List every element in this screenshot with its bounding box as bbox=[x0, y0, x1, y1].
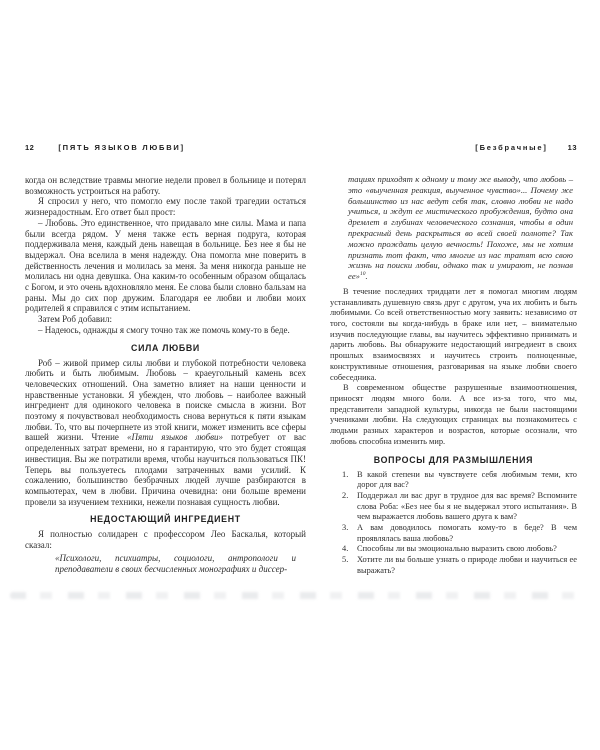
page-number-left: 12 bbox=[25, 143, 34, 152]
paragraph: Я полностью солидарен с профессором Лео … bbox=[25, 529, 306, 550]
paragraph: В течение последних тридцати лет я помог… bbox=[330, 287, 577, 383]
scan-bleed-artifact bbox=[10, 592, 586, 599]
book-spread: 12 [ПЯТЬ ЯЗЫКОВ ЛЮБВИ] когда он вследств… bbox=[0, 0, 600, 750]
question-item: 2.Поддержал ли вас друг в трудное для ва… bbox=[342, 491, 577, 523]
running-head-right: [Безбрачные] 13 bbox=[330, 143, 577, 152]
running-head-left: 12 [ПЯТЬ ЯЗЫКОВ ЛЮБВИ] bbox=[25, 143, 306, 152]
section-heading: ВОПРОСЫ ДЛЯ РАЗМЫШЛЕНИЯ bbox=[330, 455, 577, 465]
page-right: [Безбрачные] 13 тациях приходят к одному… bbox=[330, 143, 577, 577]
question-number: 3. bbox=[342, 523, 357, 534]
question-text: А вам доводилось помогать кому-то в беде… bbox=[357, 523, 577, 544]
question-list: 1.В какой степени вы чувствуете себя люб… bbox=[330, 470, 577, 577]
paragraph: – Надеюсь, однажды я смогу точно так же … bbox=[25, 325, 306, 336]
block-quote: «Психологи, психиатры, социологи, антроп… bbox=[55, 553, 296, 574]
paragraph: когда он вследствие травмы многие недели… bbox=[25, 175, 306, 196]
running-title-right: [Безбрачные] bbox=[475, 143, 547, 152]
question-item: 1.В какой степени вы чувствуете себя люб… bbox=[342, 470, 577, 491]
question-number: 5. bbox=[342, 555, 357, 566]
paragraph: Я спросил у него, что помогло ему после … bbox=[25, 196, 306, 217]
question-text: Хотите ли вы больше узнать о природе люб… bbox=[357, 555, 577, 576]
paragraph: Затем Роб добавил: bbox=[25, 314, 306, 325]
question-number: 2. bbox=[342, 491, 357, 502]
block-quote: тациях приходят к одному и тому же вывод… bbox=[348, 174, 573, 282]
page-left-body: когда он вследствие травмы многие недели… bbox=[25, 175, 306, 574]
question-text: Поддержал ли вас друг в трудное для вас … bbox=[357, 491, 577, 523]
paragraph: – Любовь. Это единственное, что придавал… bbox=[25, 218, 306, 314]
page-left: 12 [ПЯТЬ ЯЗЫКОВ ЛЮБВИ] когда он вследств… bbox=[25, 143, 306, 574]
paragraph: В современном обществе разрушенные взаим… bbox=[330, 383, 577, 447]
page-number-right: 13 bbox=[568, 143, 577, 152]
question-text: Способны ли вы эмоционально выразить сво… bbox=[357, 544, 577, 555]
paragraph: Роб – живой пример силы любви и глубокой… bbox=[25, 358, 306, 508]
question-item: 4.Способны ли вы эмоционально выразить с… bbox=[342, 544, 577, 555]
question-number: 4. bbox=[342, 544, 357, 555]
page-right-body: тациях приходят к одному и тому же вывод… bbox=[330, 174, 577, 577]
question-number: 1. bbox=[342, 470, 357, 481]
running-title-left: [ПЯТЬ ЯЗЫКОВ ЛЮБВИ] bbox=[58, 143, 185, 152]
question-text: В какой степени вы чувствуете себя любим… bbox=[357, 470, 577, 491]
question-item: 3.А вам доводилось помогать кому-то в бе… bbox=[342, 523, 577, 544]
question-item: 5.Хотите ли вы больше узнать о природе л… bbox=[342, 555, 577, 576]
section-heading: НЕДОСТАЮЩИЙ ИНГРЕДИЕНТ bbox=[25, 514, 306, 524]
section-heading: СИЛА ЛЮБВИ bbox=[25, 343, 306, 353]
